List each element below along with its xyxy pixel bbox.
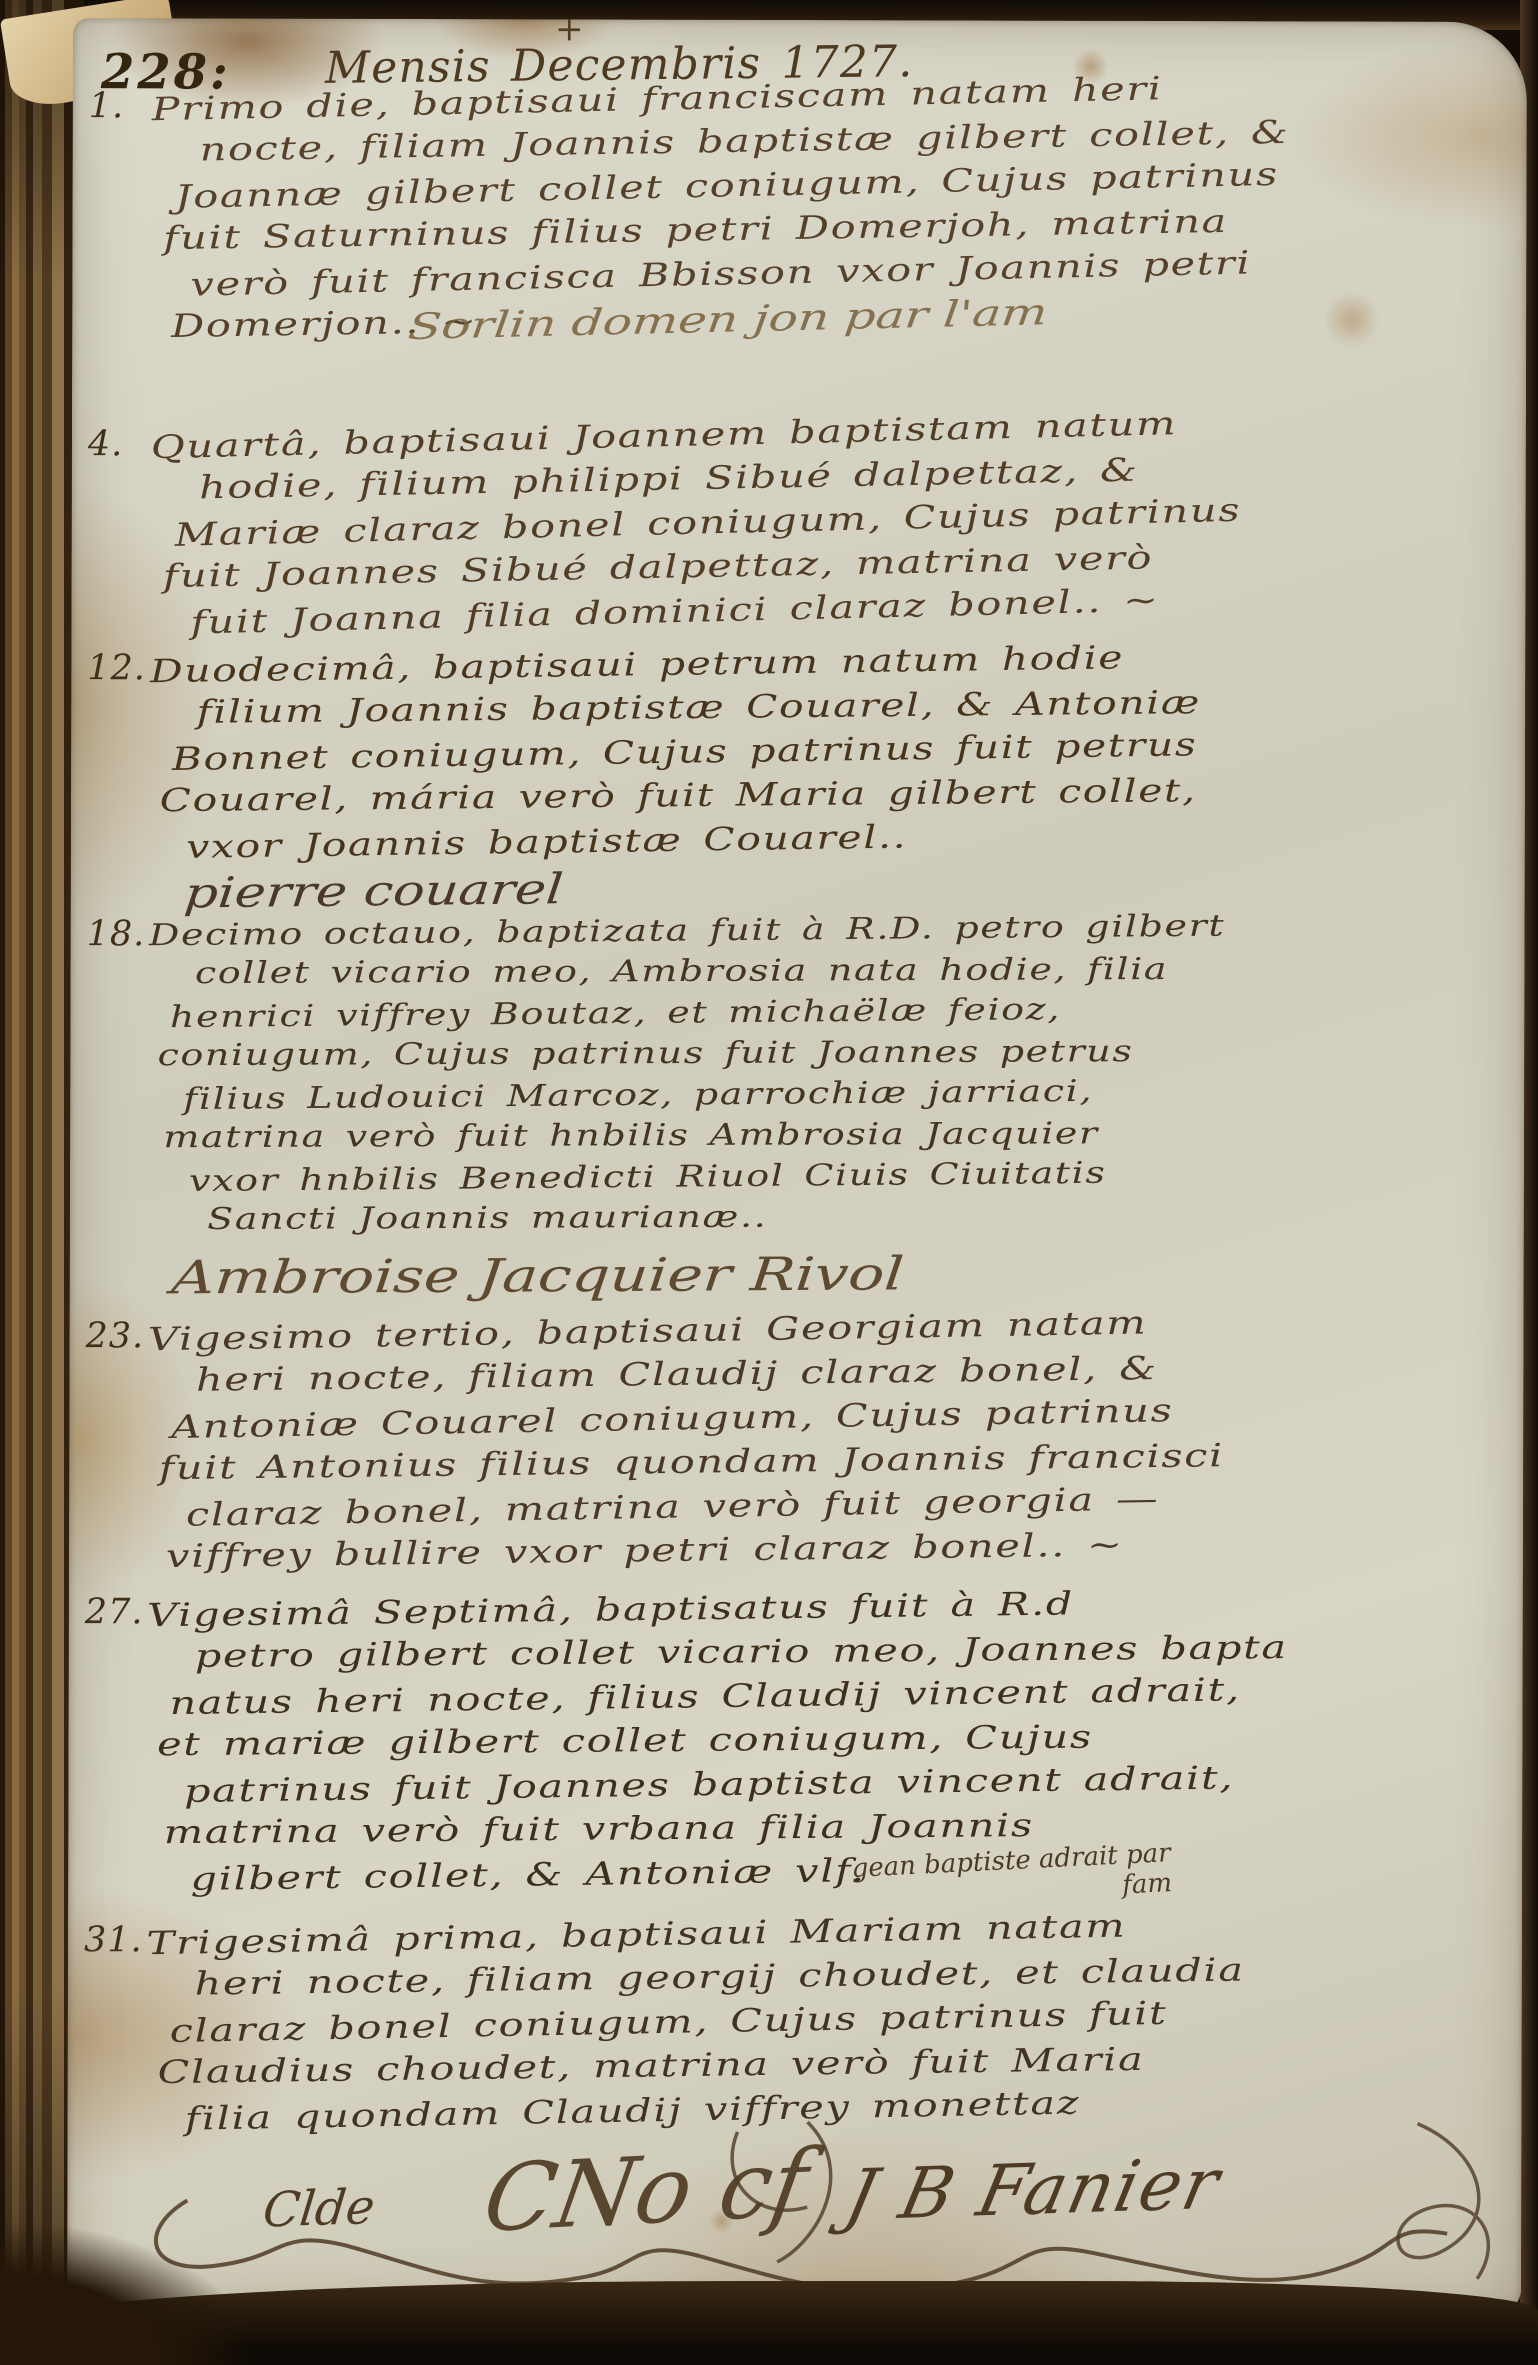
entry-day-number: 18. [87,912,149,954]
register-page: 228: + Mensis Decembris 1727. 1. Primo d… [67,18,1527,2315]
witness-signature-pierre-couarel: pierre couarel [182,864,565,917]
entry-text: Trigesimâ prima, baptisaui Mariam natam … [146,1901,1432,2138]
book-bottom-left-corner [0,2165,360,2365]
entry-day-number: 4. [88,422,150,464]
manuscript-photo: 228: + Mensis Decembris 1727. 1. Primo d… [0,0,1538,2365]
entry-day-number: 12. [87,646,149,688]
baptism-entry-12: 12. Duodecimâ, baptisaui petrum natum ho… [87,646,1135,869]
entry-day-number: 23. [86,1314,148,1356]
entry-text: Decimo octauo, baptizata fuit à R.D. pet… [149,907,1403,1240]
entry-day-number: 31. [84,1918,146,1960]
baptism-entry-4: 4. Quartâ, baptisaui Joannem baptistam n… [87,422,1135,645]
baptism-entry-18: 18. Decimo octauo, baptizata fuit à R.D.… [86,912,1134,1243]
baptism-entry-23: 23. Vigesimo tertio, baptisaui Georgiam … [85,1314,1133,1581]
entry-text: Duodecimâ, baptisaui petrum natum hodie … [149,634,1414,866]
witness-signature-ambroise-jacquier-rivol: Ambroise Jacquier Rivol [169,1246,905,1304]
entry-text: Quartâ, baptisaui Joannem baptistam natu… [150,398,1437,642]
entry-text: Vigesimâ Septimâ, baptisatus fuit à R.d … [147,1580,1432,1898]
entry-day-number: 1. [89,84,151,126]
baptism-entry-31: 31. Trigesimâ prima, baptisaui Mariam na… [83,1918,1131,2141]
entry-line: Sancti Joannis maurianæ.. [207,1194,1402,1240]
entry-day-number: 27. [85,1590,147,1632]
entry-text: Vigesimo tertio, baptisaui Georgiam nata… [148,1299,1434,1579]
